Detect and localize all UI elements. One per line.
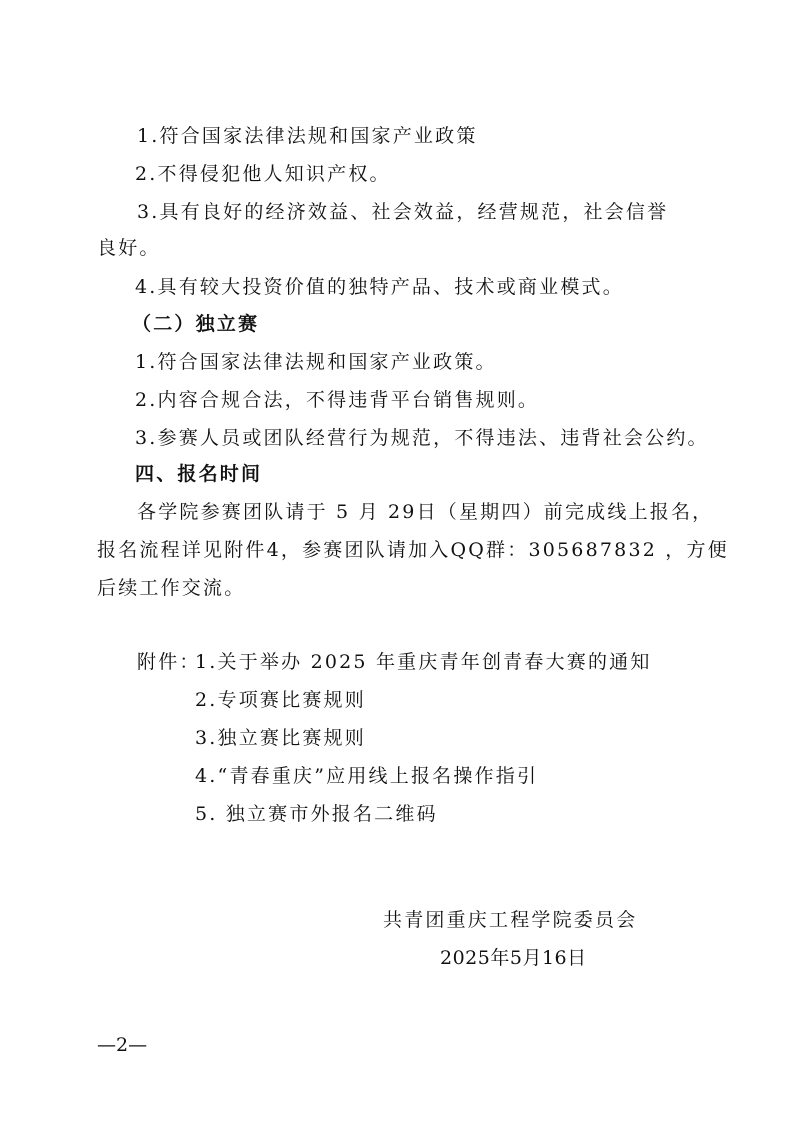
requirement-4: 4.具有较大投资价值的独特产品、技术或商业模式。 xyxy=(135,275,624,299)
requirement-1: 1.符合国家法律法规和国家产业政策 xyxy=(137,124,478,148)
registration-para-1: 各学院参赛团队请于 5 月 29日（星期四）前完成线上报名， xyxy=(137,500,713,524)
attachment-item: 2.专项赛比赛规则 xyxy=(195,688,366,712)
attachments-label: 附件： xyxy=(137,650,201,674)
attachment-item: 5. 独立赛市外报名二维码 xyxy=(195,802,438,826)
attachment-item: 1.关于举办 2025 年重庆青年创青春大赛的通知 xyxy=(195,650,652,674)
requirement-3-cont: 良好。 xyxy=(97,236,161,260)
section-heading-independent: （二）独立赛 xyxy=(132,312,259,336)
page-number: —2— xyxy=(97,1033,147,1057)
attachment-item: 3.独立赛比赛规则 xyxy=(195,726,366,750)
independent-rule-3: 3.参赛人员或团队经营行为规范，不得违法、违背社会公约。 xyxy=(135,426,709,450)
signature-organization: 共青团重庆工程学院委员会 xyxy=(383,908,637,932)
requirement-3: 3.具有良好的经济效益、社会效益，经营规范，社会信誉 xyxy=(137,200,668,224)
attachment-item: 4.“青春重庆”应用线上报名操作指引 xyxy=(195,764,538,788)
registration-para-3: 后续工作交流。 xyxy=(97,576,245,600)
independent-rule-1: 1.符合国家法律法规和国家产业政策。 xyxy=(135,350,497,374)
registration-para-2: 报名流程详见附件4，参赛团队请加入QQ群：305687832 ，方便 xyxy=(97,538,729,562)
signature-date: 2025年5月16日 xyxy=(440,946,587,970)
section-heading-registration: 四、报名时间 xyxy=(135,462,262,486)
requirement-2: 2.不得侵犯他人知识产权。 xyxy=(135,162,391,186)
independent-rule-2: 2.内容合规合法，不得违背平台销售规则。 xyxy=(135,388,539,412)
